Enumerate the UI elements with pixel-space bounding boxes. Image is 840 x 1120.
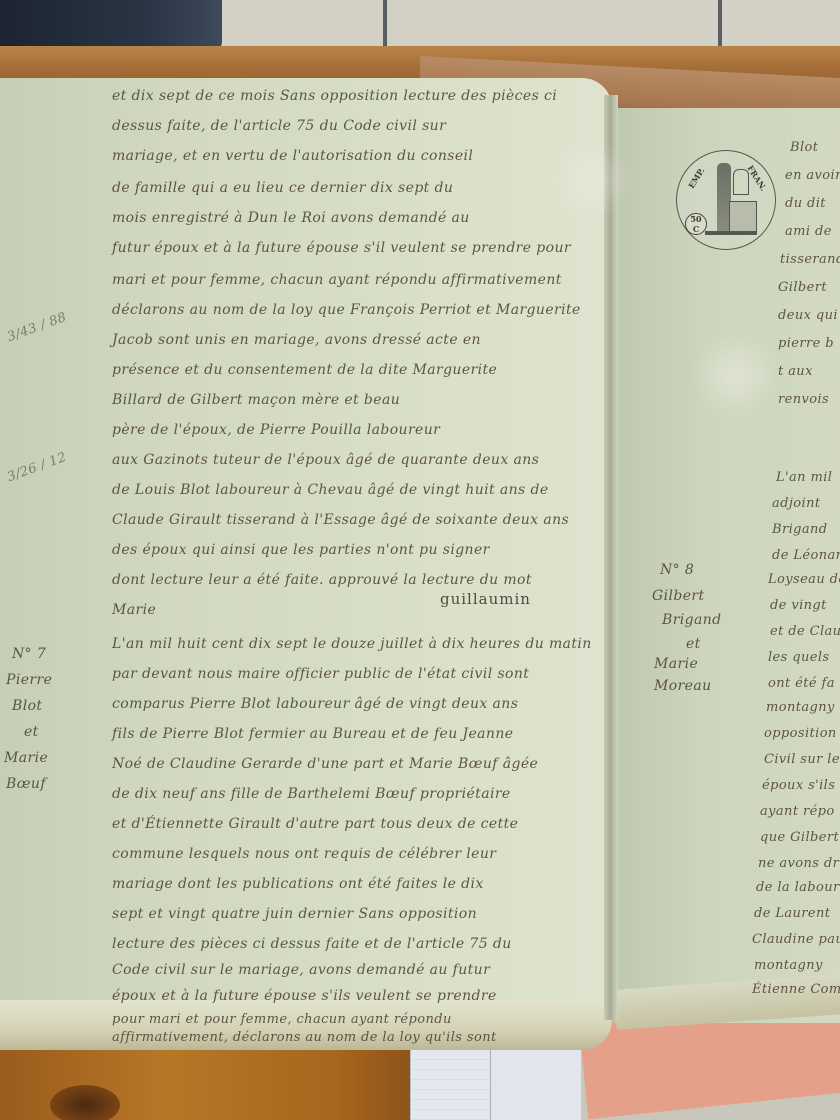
stamp-label: EMP.	[686, 166, 706, 190]
text-line: présence et du consentement de la dite M…	[112, 362, 497, 378]
dark-cloth	[0, 0, 222, 50]
entry-name: Marie	[4, 750, 48, 766]
text-line: de la labour	[756, 880, 840, 895]
signature: guillaumin	[440, 590, 531, 608]
text-line: de Louis Blot laboureur à Chevau âgé de …	[112, 482, 549, 498]
text-line: Blot	[790, 140, 818, 155]
text-line: ayant répo	[760, 804, 835, 819]
text-line: de Léonard	[772, 548, 840, 563]
text-line: époux et à la future épouse s'ils veulen…	[112, 988, 497, 1004]
entry-name: Blot	[12, 698, 42, 714]
entry-conjunction: et	[686, 636, 701, 652]
text-line: Billard de Gilbert maçon mère et beau	[112, 392, 400, 408]
stamp-tablets-icon	[733, 169, 749, 195]
entry-name: Bœuf	[6, 776, 46, 792]
text-line: par devant nous maire officier public de…	[112, 666, 529, 682]
text-line: époux s'ils	[762, 778, 835, 793]
text-line: pour mari et pour femme, chacun ayant ré…	[112, 1012, 452, 1027]
text-line: de Laurent	[754, 906, 830, 921]
text-line: Claudine pau	[752, 932, 840, 947]
text-line: affirmativement, déclarons au nom de la …	[112, 1030, 497, 1045]
text-line: sept et vingt quatre juin dernier Sans o…	[112, 906, 477, 922]
text-line: Gilbert	[778, 280, 827, 295]
entry-name: Gilbert	[652, 588, 705, 604]
text-line: Claude Girault tisserand à l'Essage âgé …	[112, 512, 569, 528]
entry-number: N° 8	[660, 562, 694, 578]
entry-number: N° 7	[12, 646, 46, 662]
text-line: et de Claud	[770, 624, 840, 639]
text-line: père de l'époux, de Pierre Pouilla labou…	[112, 422, 440, 438]
text-line: les quels	[768, 650, 829, 665]
text-line: t aux	[778, 364, 813, 379]
stamp-value-unit: C	[686, 224, 706, 234]
text-line: ne avons dr	[758, 856, 839, 871]
text-line: mariage dont les publications ont été fa…	[112, 876, 484, 892]
text-line: que Gilbert	[760, 830, 839, 845]
text-line: de famille qui a eu lieu ce dernier dix …	[112, 180, 453, 196]
entry-name: Pierre	[6, 672, 52, 688]
text-line: pierre b	[778, 336, 834, 351]
text-line: des époux qui ainsi que les parties n'on…	[112, 542, 490, 558]
text-line: ami de	[785, 224, 832, 239]
embossed-seal	[690, 330, 780, 420]
entry-name: Brigand	[662, 612, 722, 628]
stamp-base	[705, 231, 757, 235]
text-line: aux Gazinots tuteur de l'époux âgé de qu…	[112, 452, 539, 468]
text-line: ont été fa	[768, 676, 835, 691]
text-line: Code civil sur le mariage, avons demandé…	[112, 962, 490, 978]
entry-conjunction: et	[24, 724, 39, 740]
text-line: dont lecture leur a été faite. approuvé …	[112, 572, 532, 588]
entry-name: Marie	[654, 656, 698, 672]
text-line: deux qui	[778, 308, 838, 323]
text-line: Étienne Comm	[752, 982, 840, 997]
text-line: mari et pour femme, chacun ayant répondu…	[112, 272, 562, 288]
wood-knot	[50, 1085, 120, 1120]
stamp-altar-icon	[729, 201, 757, 233]
text-line: adjoint	[772, 496, 820, 511]
embossed-seal	[550, 140, 630, 220]
text-line: lecture des pièces ci dessus faite et de…	[112, 936, 512, 952]
stamp-value-number: 50	[686, 214, 706, 224]
text-line: L'an mil huit cent dix sept le douze jui…	[112, 636, 592, 652]
book-gutter	[604, 95, 618, 1020]
text-line: de vingt	[770, 598, 827, 613]
text-line: montagny	[754, 958, 823, 973]
text-line: Loyseau de	[768, 572, 840, 587]
text-line: du dit	[785, 196, 826, 211]
text-line: renvois	[778, 392, 829, 407]
text-line: mois enregistré à Dun le Roi avons deman…	[112, 210, 470, 226]
text-line: opposition	[764, 726, 837, 741]
text-line: et dix sept de ce mois Sans opposition l…	[112, 88, 557, 104]
text-line: Jacob sont unis en mariage, avons dressé…	[112, 332, 481, 348]
text-line: Noé de Claudine Gerarde d'une part et Ma…	[112, 756, 538, 772]
text-line: Marie	[112, 602, 156, 618]
tax-stamp: EMP. FRAN. 50 C	[676, 150, 776, 250]
text-line: commune lesquels nous ont requis de célé…	[112, 846, 496, 862]
text-line: Civil sur le	[764, 752, 840, 767]
text-line: montagny	[766, 700, 835, 715]
text-line: en avoir	[785, 168, 840, 183]
text-line: L'an mil	[776, 470, 832, 485]
text-line: futur époux et à la future épouse s'il v…	[112, 240, 571, 256]
text-line: tisserand	[780, 252, 840, 267]
text-line: déclarons au nom de la loy que François …	[112, 302, 581, 318]
entry-name: Moreau	[654, 678, 712, 694]
text-line: et d'Étiennette Girault d'autre part tou…	[112, 816, 518, 832]
text-line: de dix neuf ans fille de Barthelemi Bœuf…	[112, 786, 511, 802]
stamp-value: 50 C	[685, 213, 707, 235]
text-line: dessus faite, de l'article 75 du Code ci…	[112, 118, 446, 134]
text-line: Brigand	[772, 522, 828, 537]
text-line: comparus Pierre Blot laboureur âgé de vi…	[112, 696, 518, 712]
text-line: mariage, et en vertu de l'autorisation d…	[112, 148, 473, 164]
text-line: fils de Pierre Blot fermier au Bureau et…	[112, 726, 513, 742]
